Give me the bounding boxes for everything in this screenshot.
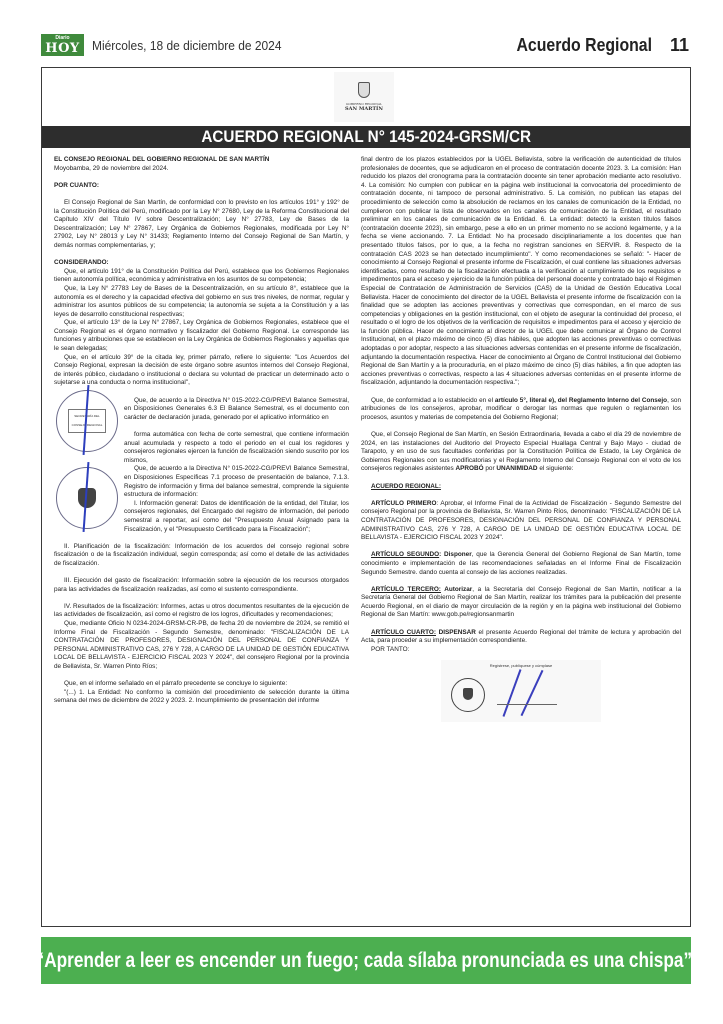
notice-frame: GOBIERNO REGIONAL SAN MARTÍN ACUERDO REG… — [41, 67, 691, 927]
crest-line2: SAN MARTÍN — [345, 106, 383, 112]
paragraph: "(...) 1. La Entidad: No conformo la com… — [54, 689, 349, 706]
left-column: EL CONSEJO REGIONAL DEL GOBIERNO REGIONA… — [54, 156, 349, 706]
considerando-heading: CONSIDERANDO: — [54, 259, 109, 266]
article-primero: ARTÍCULO PRIMERO: Aprobar, el Informe Fi… — [361, 500, 681, 543]
page-number: 11 — [670, 35, 689, 56]
article-segundo: ARTÍCULO SEGUNDO: Disponer, que la Geren… — [361, 551, 681, 577]
issue-date: Miércoles, 18 de diciembre de 2024 — [92, 38, 281, 53]
signature-line — [497, 704, 557, 705]
right-column: final dentro de los plazos establecidos … — [361, 156, 681, 722]
paragraph: Que, de acuerdo a la Directiva N° 015-20… — [124, 397, 349, 423]
signature-stroke — [521, 670, 544, 716]
paragraph: IV. Resultados de la fiscalización: Info… — [54, 603, 349, 620]
paragraph: II. Planificación de la fiscalización: I… — [54, 543, 349, 569]
paragraph: forma automática con fecha de corte seme… — [124, 431, 349, 465]
paragraph: Que, mediante Oficio N 0234-2024-GRSM-CR… — [54, 620, 349, 672]
national-shield-icon — [78, 488, 96, 508]
gobierno-regional-crest: GOBIERNO REGIONAL SAN MARTÍN — [334, 72, 394, 122]
paragraph: Que, la Ley N° 27783 Ley de Bases de la … — [54, 285, 349, 319]
consejo-regional-stamp-icon — [56, 467, 118, 529]
logo-big-text: HOY — [45, 42, 79, 55]
footer-quote-banner: “Aprender a leer es encender un fuego; c… — [41, 937, 691, 984]
secretaria-stamp-icon: SECRETARÍA DEL CONSEJO REGIONAL — [56, 390, 118, 452]
paragraph: Que, en el artículo 39° de la citada ley… — [54, 354, 349, 388]
masthead: Diario HOY Miércoles, 18 de diciembre de… — [41, 33, 689, 57]
article-cuarto: ARTÍCULO CUARTO: DISPENSAR el presente A… — [361, 629, 681, 646]
section-title: Acuerdo Regional — [516, 35, 652, 56]
paragraph: Que, el artículo 191° de la Constitución… — [54, 268, 349, 285]
paragraph: Que, en el informe señalado en el párraf… — [54, 680, 349, 689]
council-heading: EL CONSEJO REGIONAL DEL GOBIERNO REGIONA… — [54, 156, 269, 163]
paragraph: El Consejo Regional de San Martín, de co… — [54, 199, 349, 251]
acuerdo-heading: ACUERDO REGIONAL: — [371, 483, 441, 490]
paragraph: final dentro de los plazos establecidos … — [361, 156, 681, 388]
diario-hoy-logo: Diario HOY — [41, 34, 84, 56]
coat-of-arms-icon — [358, 82, 370, 98]
paragraph: III. Ejecución del gasto de fiscalizació… — [54, 577, 349, 594]
document-title: ACUERDO REGIONAL N° 145-2024-GRSM/CR — [42, 126, 690, 148]
place-date: Moyobamba, 29 de noviembre del 2024. — [54, 165, 349, 174]
por-tanto: POR TANTO: — [361, 646, 681, 655]
paragraph: Que, de conformidad a lo establecido en … — [361, 397, 681, 423]
paragraph: Que, de acuerdo a la Directiva N° 015-20… — [124, 465, 349, 499]
official-seal-icon — [451, 678, 485, 712]
paragraph: I. Información general: Datos de identif… — [124, 500, 349, 534]
por-cuanto-heading: POR CUANTO: — [54, 182, 99, 189]
logo-small-text: Diario — [55, 36, 69, 41]
signature-stroke — [503, 670, 522, 718]
article-tercero: ARTÍCULO TERCERO: Autorizar, a la Secret… — [361, 586, 681, 620]
paragraph: Que, el artículo 13° de la Ley N° 27867,… — [54, 319, 349, 353]
paragraph: Que, el Consejo Regional de San Martín, … — [361, 431, 681, 474]
signature-block: Regístrese, publíquese y cúmplase — [441, 660, 601, 722]
